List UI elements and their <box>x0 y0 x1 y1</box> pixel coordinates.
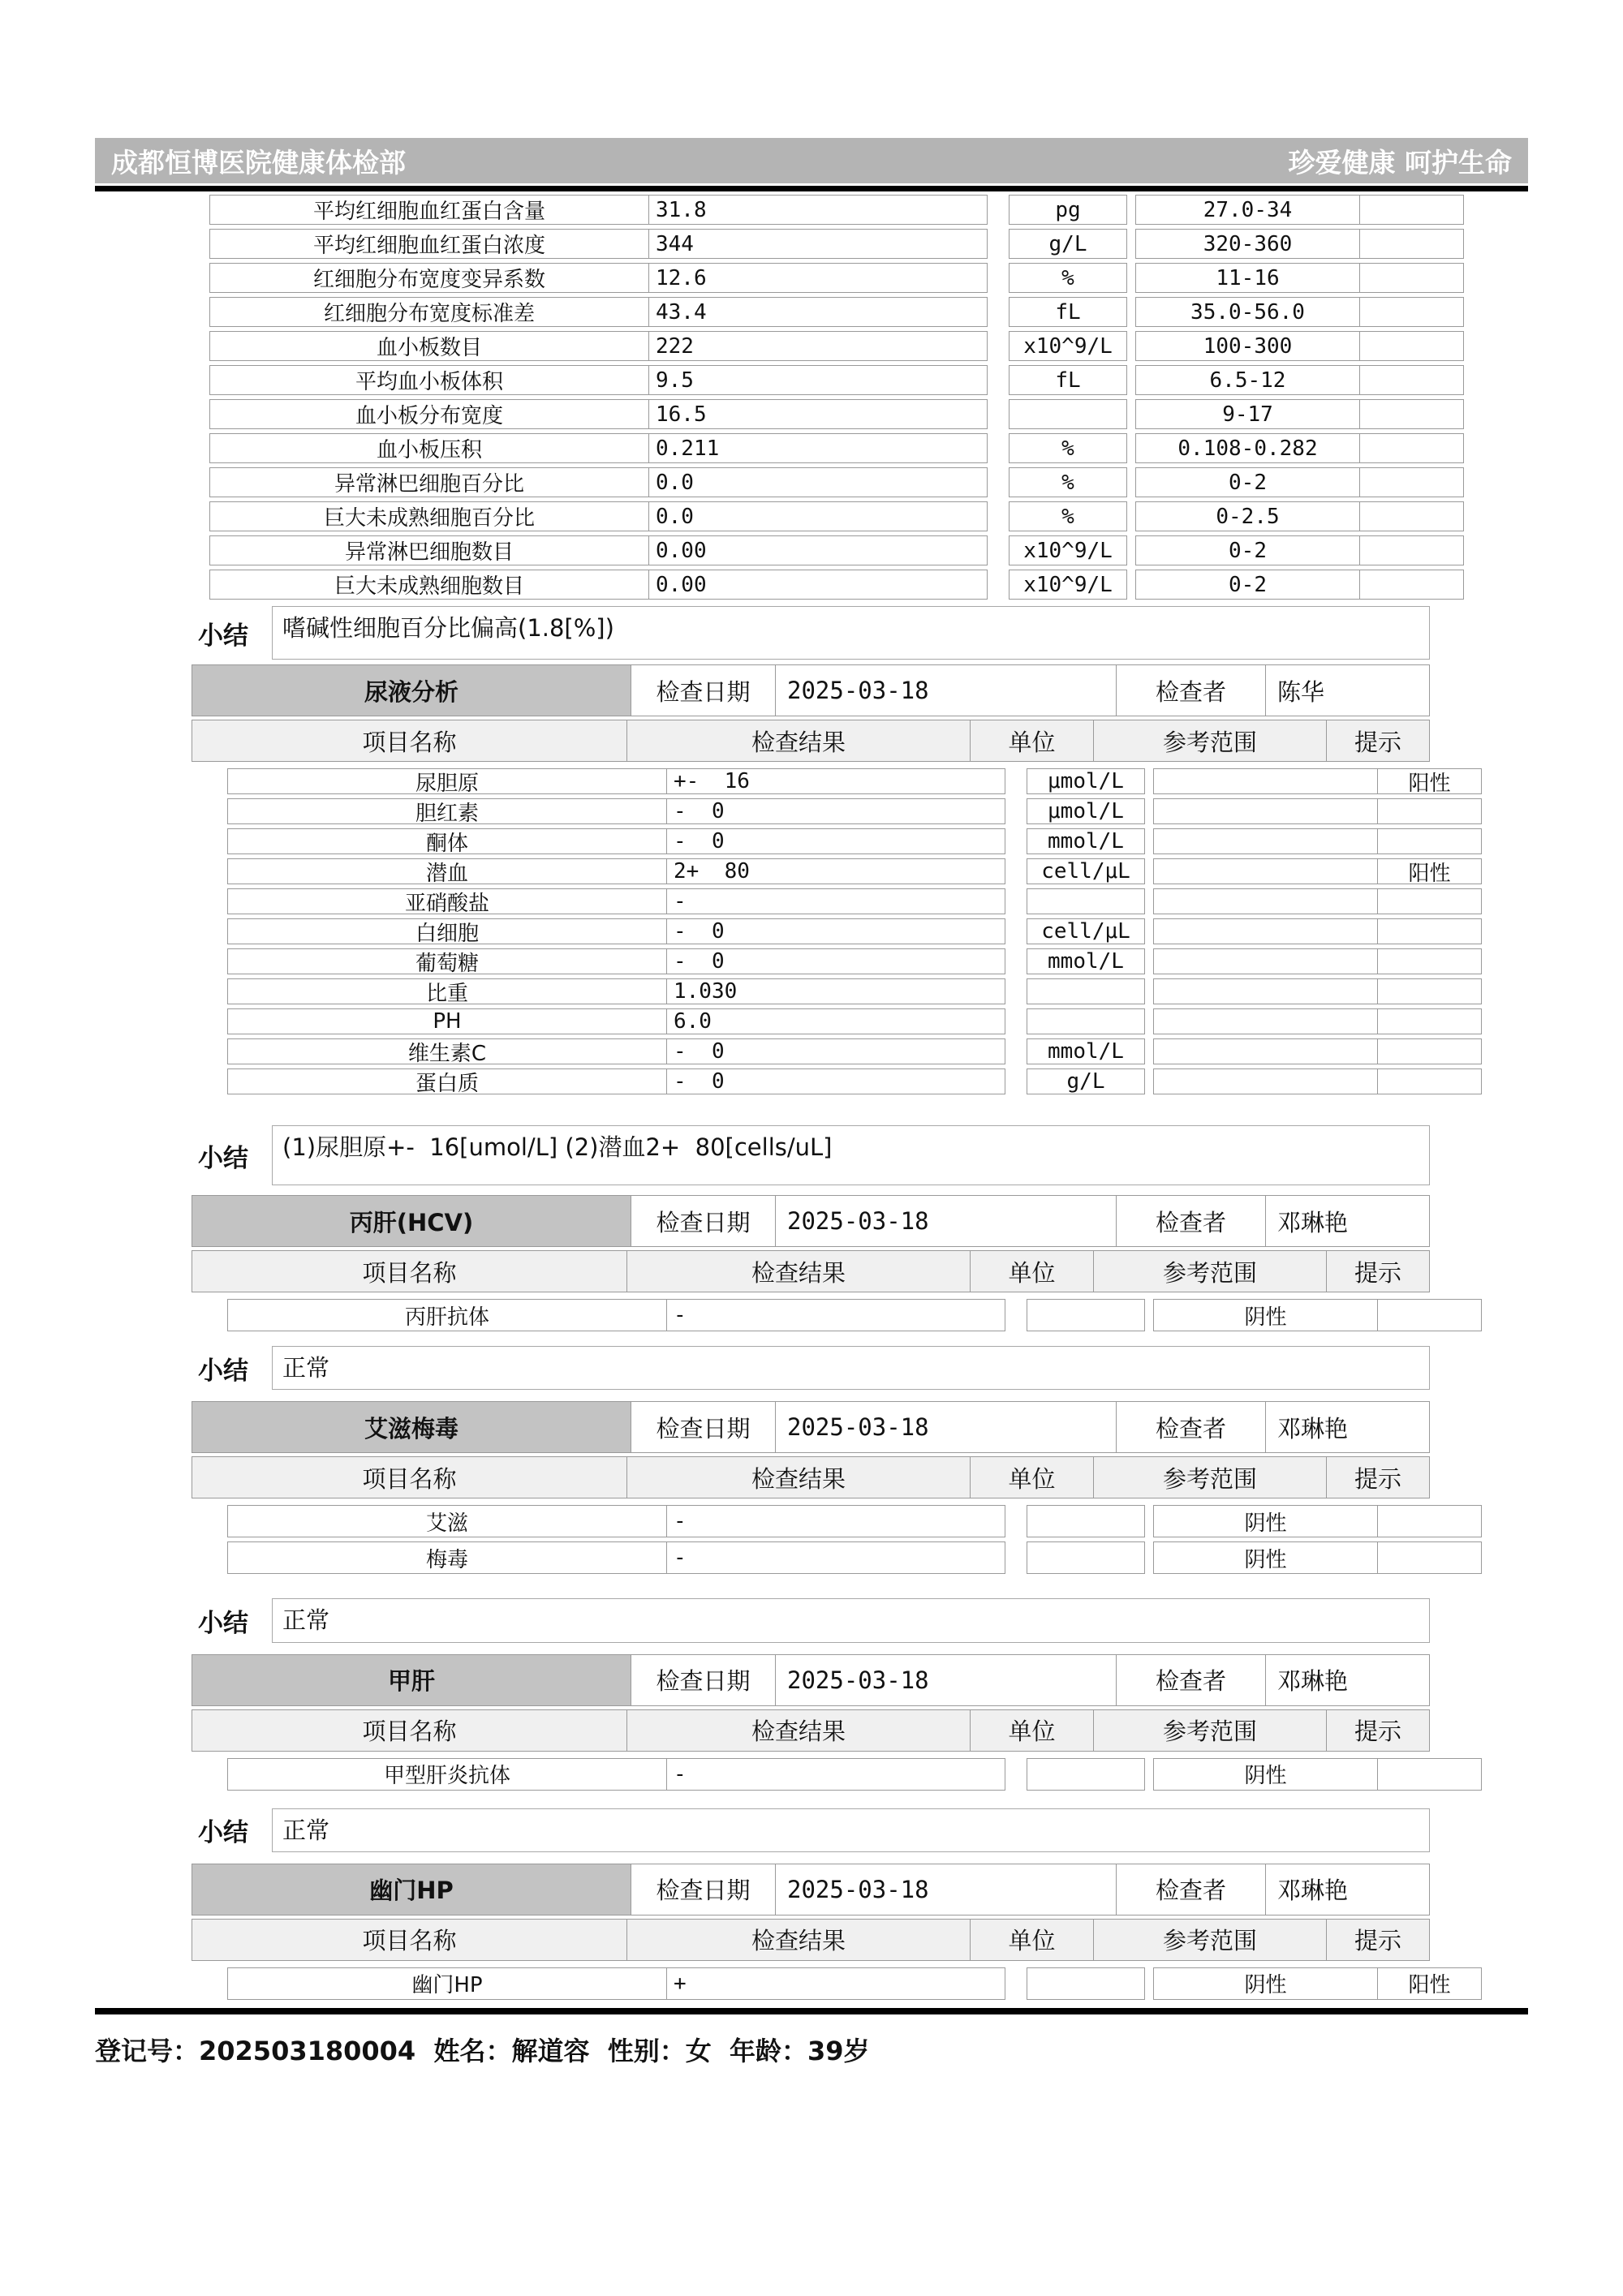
table-row: 幽门HP+阴性阳性 <box>227 1967 1623 2000</box>
hint-cell <box>1377 1008 1482 1034</box>
hint-cell <box>1377 1758 1482 1791</box>
item-name-cell: 平均血小板体积 <box>209 365 649 395</box>
item-name-cell: 血小板分布宽度 <box>209 399 649 429</box>
hospital-title: 成都恒博医院健康体检部 <box>111 142 406 180</box>
column-header: 检查结果 <box>626 720 971 762</box>
column-gap <box>1005 1541 1027 1574</box>
section-title: 尿液分析 <box>192 664 631 716</box>
range-cell: 0.108-0.282 <box>1135 433 1360 463</box>
range-cell: 320-360 <box>1135 229 1360 259</box>
range-cell <box>1153 1068 1378 1094</box>
examiner-label: 检查者 <box>1116 1864 1266 1915</box>
column-header: 检查结果 <box>626 1709 971 1752</box>
column-header: 单位 <box>970 1709 1094 1752</box>
unit-cell <box>1027 1758 1145 1791</box>
section-header-row: 艾滋梅毒检查日期2025-03-18检查者邓琳艳 <box>192 1401 1623 1453</box>
result-cell: 0.0 <box>648 467 988 497</box>
section-header-row: 幽门HP检查日期2025-03-18检查者邓琳艳 <box>192 1864 1623 1915</box>
hint-cell <box>1359 501 1464 531</box>
unit-cell: % <box>1009 263 1127 293</box>
column-gap <box>988 467 1009 497</box>
unit-cell: μmol/L <box>1027 798 1145 824</box>
result-cell: - <box>666 1505 1005 1537</box>
column-gap <box>1005 918 1027 944</box>
column-gap <box>1145 828 1153 854</box>
check-date-value: 2025-03-18 <box>775 1195 1117 1247</box>
examiner-label: 检查者 <box>1116 1195 1266 1247</box>
result-cell: 31.8 <box>648 195 988 225</box>
table-row: 红细胞分布宽度标准差43.4fL35.0-56.0 <box>209 297 1623 327</box>
examiner-label: 检查者 <box>1116 664 1266 716</box>
table-row: 平均血小板体积9.5fL6.5-12 <box>209 365 1623 395</box>
range-cell: 0-2 <box>1135 570 1360 600</box>
range-cell <box>1153 888 1378 914</box>
table-row: 维生素C- 0mmol/L <box>227 1038 1623 1064</box>
table-row: 潜血2+ 80cell/μL阳性 <box>227 858 1623 884</box>
section-data-table: 甲型肝炎抗体-阴性 <box>18 1758 1623 1791</box>
column-gap <box>1005 768 1027 794</box>
section-data-table: 艾滋-阴性梅毒-阴性 <box>18 1505 1623 1574</box>
range-cell: 27.0-34 <box>1135 195 1360 225</box>
table-row: 血小板数目222x10^9/L100-300 <box>209 331 1623 361</box>
range-cell <box>1153 978 1378 1004</box>
section-header-row: 丙肝(HCV)检查日期2025-03-18检查者邓琳艳 <box>192 1195 1623 1247</box>
column-header: 项目名称 <box>192 1250 627 1292</box>
top-header-bar: 成都恒博医院健康体检部 珍爱健康 呵护生命 <box>95 138 1528 183</box>
table-row: 巨大未成熟细胞百分比0.0%0-2.5 <box>209 501 1623 531</box>
unit-cell <box>1027 1541 1145 1574</box>
range-cell <box>1153 948 1378 974</box>
table-row: 葡萄糖- 0mmol/L <box>227 948 1623 974</box>
summary-label: 小结 <box>192 1125 272 1185</box>
column-header-row: 项目名称检查结果单位参考范围提示 <box>192 1250 1623 1292</box>
column-gap <box>988 570 1009 600</box>
report-section: 艾滋梅毒检查日期2025-03-18检查者邓琳艳项目名称检查结果单位参考范围提示… <box>0 1401 1623 1642</box>
range-cell: 阴性 <box>1153 1299 1378 1331</box>
column-gap <box>988 263 1009 293</box>
hint-cell <box>1377 828 1482 854</box>
examiner-label: 检查者 <box>1116 1654 1266 1706</box>
summary-box: 正常 <box>272 1346 1430 1390</box>
unit-cell <box>1027 888 1145 914</box>
hint-cell <box>1377 798 1482 824</box>
table-row: 白细胞- 0cell/μL <box>227 918 1623 944</box>
table-row: 蛋白质- 0g/L <box>227 1068 1623 1094</box>
column-header-row: 项目名称检查结果单位参考范围提示 <box>192 720 1623 762</box>
result-cell: + <box>666 1967 1005 2000</box>
unit-cell: x10^9/L <box>1009 535 1127 565</box>
header-divider <box>95 186 1528 191</box>
range-cell <box>1153 768 1378 794</box>
column-gap <box>1005 1967 1027 2000</box>
section-title: 艾滋梅毒 <box>192 1401 631 1453</box>
range-cell: 0-2 <box>1135 467 1360 497</box>
unit-cell: % <box>1009 433 1127 463</box>
column-gap <box>1127 297 1135 327</box>
result-cell: 0.211 <box>648 433 988 463</box>
item-name-cell: 蛋白质 <box>227 1068 667 1094</box>
column-gap <box>1145 918 1153 944</box>
column-gap <box>988 365 1009 395</box>
column-gap <box>1145 798 1153 824</box>
section-data-table: 幽门HP+阴性阳性 <box>18 1967 1623 2000</box>
unit-cell: mmol/L <box>1027 948 1145 974</box>
unit-cell: g/L <box>1027 1068 1145 1094</box>
item-name-cell: 异常淋巴细胞百分比 <box>209 467 649 497</box>
patient-info-footer: 登记号：202503180004 姓名：解道容 性别：女 年龄：39岁 <box>95 2031 1528 2068</box>
column-gap <box>1127 570 1135 600</box>
unit-cell <box>1027 978 1145 1004</box>
hint-cell: 阳性 <box>1377 768 1482 794</box>
item-name-cell: 红细胞分布宽度变异系数 <box>209 263 649 293</box>
table-row: 胆红素- 0μmol/L <box>227 798 1623 824</box>
report-section: 丙肝(HCV)检查日期2025-03-18检查者邓琳艳项目名称检查结果单位参考范… <box>0 1195 1623 1390</box>
unit-cell: pg <box>1009 195 1127 225</box>
result-cell: 43.4 <box>648 297 988 327</box>
column-gap <box>1145 1038 1153 1064</box>
item-name-cell: 巨大未成熟细胞数目 <box>209 570 649 600</box>
summary-box: 正常 <box>272 1598 1430 1642</box>
column-gap <box>1005 798 1027 824</box>
result-cell: - 0 <box>666 1068 1005 1094</box>
table-row: PH6.0 <box>227 1008 1623 1034</box>
hint-cell <box>1359 433 1464 463</box>
unit-cell <box>1027 1008 1145 1034</box>
range-cell: 阴性 <box>1153 1758 1378 1791</box>
column-header: 检查结果 <box>626 1456 971 1498</box>
item-name-cell: 葡萄糖 <box>227 948 667 974</box>
result-cell: - <box>666 1541 1005 1574</box>
result-cell: 9.5 <box>648 365 988 395</box>
column-header: 单位 <box>970 1456 1094 1498</box>
column-gap <box>1145 858 1153 884</box>
column-gap <box>1145 948 1153 974</box>
section-header-row: 甲肝检查日期2025-03-18检查者邓琳艳 <box>192 1654 1623 1706</box>
item-name-cell: 甲型肝炎抗体 <box>227 1758 667 1791</box>
result-cell: - 0 <box>666 948 1005 974</box>
item-name-cell: 胆红素 <box>227 798 667 824</box>
table-row: 丙肝抗体-阴性 <box>227 1299 1623 1331</box>
item-name-cell: 尿胆原 <box>227 768 667 794</box>
unit-cell: % <box>1009 467 1127 497</box>
range-cell: 0-2.5 <box>1135 501 1360 531</box>
column-gap <box>988 195 1009 225</box>
item-name-cell: PH <box>227 1008 667 1034</box>
item-name-cell: 平均红细胞血红蛋白含量 <box>209 195 649 225</box>
summary-label: 小结 <box>192 606 272 660</box>
range-cell: 9-17 <box>1135 399 1360 429</box>
item-name-cell: 潜血 <box>227 858 667 884</box>
item-name-cell: 异常淋巴细胞数目 <box>209 535 649 565</box>
column-header: 提示 <box>1326 1250 1430 1292</box>
column-header-row: 项目名称检查结果单位参考范围提示 <box>192 1709 1623 1752</box>
hint-cell <box>1359 467 1464 497</box>
column-header: 提示 <box>1326 1456 1430 1498</box>
column-gap <box>1127 433 1135 463</box>
check-date-label: 检查日期 <box>631 1195 776 1247</box>
unit-cell: fL <box>1009 297 1127 327</box>
section-header-row: 尿液分析检查日期2025-03-18检查者陈华 <box>192 664 1623 716</box>
table-row: 甲型肝炎抗体-阴性 <box>227 1758 1623 1791</box>
result-cell: - 0 <box>666 828 1005 854</box>
hint-cell <box>1377 948 1482 974</box>
table-row: 艾滋-阴性 <box>227 1505 1623 1537</box>
section-title: 甲肝 <box>192 1654 631 1706</box>
column-gap <box>1005 1505 1027 1537</box>
item-name-cell: 比重 <box>227 978 667 1004</box>
column-header: 提示 <box>1326 1919 1430 1961</box>
item-name-cell: 艾滋 <box>227 1505 667 1537</box>
summary-label: 小结 <box>192 1598 272 1642</box>
column-gap <box>1145 1967 1153 2000</box>
range-cell: 35.0-56.0 <box>1135 297 1360 327</box>
range-cell: 阴性 <box>1153 1967 1378 2000</box>
examiner-name: 邓琳艳 <box>1265 1654 1430 1706</box>
column-gap <box>1005 888 1027 914</box>
table-row: 尿胆原+- 16μmol/L阳性 <box>227 768 1623 794</box>
summary-row: 小结正常 <box>192 1598 1623 1642</box>
result-cell: 0.0 <box>648 501 988 531</box>
column-gap <box>1005 828 1027 854</box>
result-cell: - <box>666 1758 1005 1791</box>
column-gap <box>1127 195 1135 225</box>
unit-cell: mmol/L <box>1027 828 1145 854</box>
table-row: 平均红细胞血红蛋白浓度344g/L320-360 <box>209 229 1623 259</box>
column-gap <box>1145 1505 1153 1537</box>
range-cell <box>1153 918 1378 944</box>
column-gap <box>988 331 1009 361</box>
hint-cell <box>1359 535 1464 565</box>
summary-row: 小结嗜碱性细胞百分比偏高(1.8[%]) <box>192 606 1623 660</box>
check-date-label: 检查日期 <box>631 664 776 716</box>
table-row: 血小板分布宽度16.59-17 <box>209 399 1623 429</box>
result-cell: 222 <box>648 331 988 361</box>
result-cell: 2+ 80 <box>666 858 1005 884</box>
section-title: 丙肝(HCV) <box>192 1195 631 1247</box>
report-section: 幽门HP检查日期2025-03-18检查者邓琳艳项目名称检查结果单位参考范围提示… <box>0 1864 1623 2000</box>
column-header: 单位 <box>970 720 1094 762</box>
table-row: 巨大未成熟细胞数目0.00x10^9/L0-2 <box>209 570 1623 600</box>
column-gap <box>1127 229 1135 259</box>
item-name-cell: 红细胞分布宽度标准差 <box>209 297 649 327</box>
item-name-cell: 巨大未成熟细胞百分比 <box>209 501 649 531</box>
check-date-label: 检查日期 <box>631 1401 776 1453</box>
range-cell <box>1153 798 1378 824</box>
section-data-table: 尿胆原+- 16μmol/L阳性胆红素- 0μmol/L酮体- 0mmol/L潜… <box>18 768 1623 1094</box>
unit-cell: x10^9/L <box>1009 570 1127 600</box>
summary-label: 小结 <box>192 1808 272 1852</box>
column-gap <box>1005 1038 1027 1064</box>
unit-cell: cell/μL <box>1027 858 1145 884</box>
column-header: 检查结果 <box>626 1919 971 1961</box>
examiner-label: 检查者 <box>1116 1401 1266 1453</box>
examiner-name: 陈华 <box>1265 664 1430 716</box>
result-cell: 6.0 <box>666 1008 1005 1034</box>
column-header: 项目名称 <box>192 1456 627 1498</box>
section-title: 幽门HP <box>192 1864 631 1915</box>
column-gap <box>988 433 1009 463</box>
result-cell: 344 <box>648 229 988 259</box>
summary-row: 小结正常 <box>192 1808 1623 1852</box>
table-row: 比重1.030 <box>227 978 1623 1004</box>
column-gap <box>988 399 1009 429</box>
column-gap <box>988 297 1009 327</box>
check-date-label: 检查日期 <box>631 1864 776 1915</box>
unit-cell: fL <box>1009 365 1127 395</box>
column-gap <box>1005 858 1027 884</box>
unit-cell <box>1027 1505 1145 1537</box>
table-row: 亚硝酸盐- <box>227 888 1623 914</box>
summary-row: 小结正常 <box>192 1346 1623 1390</box>
range-cell: 11-16 <box>1135 263 1360 293</box>
hint-cell <box>1377 1038 1482 1064</box>
column-header: 参考范围 <box>1093 1709 1327 1752</box>
range-cell: 100-300 <box>1135 331 1360 361</box>
column-header: 参考范围 <box>1093 1456 1327 1498</box>
table-row: 异常淋巴细胞数目0.00x10^9/L0-2 <box>209 535 1623 565</box>
column-header: 项目名称 <box>192 1919 627 1961</box>
range-cell: 阴性 <box>1153 1505 1378 1537</box>
hint-cell: 阳性 <box>1377 858 1482 884</box>
summary-label: 小结 <box>192 1346 272 1390</box>
column-gap <box>1145 1068 1153 1094</box>
item-name-cell: 白细胞 <box>227 918 667 944</box>
hint-cell: 阳性 <box>1377 1967 1482 2000</box>
column-gap <box>1145 1299 1153 1331</box>
column-gap <box>988 229 1009 259</box>
unit-cell: mmol/L <box>1027 1038 1145 1064</box>
range-cell <box>1153 828 1378 854</box>
column-header: 项目名称 <box>192 1709 627 1752</box>
report-section: 甲肝检查日期2025-03-18检查者邓琳艳项目名称检查结果单位参考范围提示甲型… <box>0 1654 1623 1852</box>
result-cell: 16.5 <box>648 399 988 429</box>
hospital-slogan: 珍爱健康 呵护生命 <box>1289 142 1513 180</box>
column-gap <box>1127 535 1135 565</box>
hint-cell <box>1377 1068 1482 1094</box>
table-row: 红细胞分布宽度变异系数12.6%11-16 <box>209 263 1623 293</box>
column-gap <box>988 535 1009 565</box>
column-gap <box>1145 888 1153 914</box>
item-name-cell: 血小板压积 <box>209 433 649 463</box>
section-data-table: 丙肝抗体-阴性 <box>18 1299 1623 1331</box>
hint-cell <box>1377 1505 1482 1537</box>
column-gap <box>1127 365 1135 395</box>
result-cell: 12.6 <box>648 263 988 293</box>
hint-cell <box>1359 297 1464 327</box>
range-cell <box>1153 1038 1378 1064</box>
table-row: 酮体- 0mmol/L <box>227 828 1623 854</box>
column-gap <box>1005 1299 1027 1331</box>
unit-cell <box>1027 1299 1145 1331</box>
column-gap <box>1127 399 1135 429</box>
result-cell: - 0 <box>666 918 1005 944</box>
column-gap <box>1005 1758 1027 1791</box>
table-row: 平均红细胞血红蛋白含量31.8pg27.0-34 <box>209 195 1623 225</box>
column-gap <box>1127 263 1135 293</box>
hint-cell <box>1377 1299 1482 1331</box>
summary-box: 正常 <box>272 1808 1430 1852</box>
table-row: 异常淋巴细胞百分比0.0%0-2 <box>209 467 1623 497</box>
hint-cell <box>1359 195 1464 225</box>
report-section: 尿液分析检查日期2025-03-18检查者陈华项目名称检查结果单位参考范围提示尿… <box>0 664 1623 1185</box>
column-gap <box>1145 978 1153 1004</box>
column-header: 提示 <box>1326 720 1430 762</box>
report-content: 平均红细胞血红蛋白含量31.8pg27.0-34平均红细胞血红蛋白浓度344g/… <box>0 195 1623 2000</box>
hint-cell <box>1359 229 1464 259</box>
examiner-name: 邓琳艳 <box>1265 1195 1430 1247</box>
result-cell: +- 16 <box>666 768 1005 794</box>
summary-row: 小结(1)尿胆原+- 16[umol/L] (2)潜血2+ 80[cells/u… <box>192 1125 1623 1185</box>
column-gap <box>1005 948 1027 974</box>
column-header: 参考范围 <box>1093 1250 1327 1292</box>
item-name-cell: 维生素C <box>227 1038 667 1064</box>
unit-cell: g/L <box>1009 229 1127 259</box>
column-header: 项目名称 <box>192 720 627 762</box>
hint-cell <box>1359 365 1464 395</box>
column-gap <box>1005 978 1027 1004</box>
column-gap <box>1005 1008 1027 1034</box>
range-cell <box>1153 858 1378 884</box>
footer-divider <box>95 2008 1528 2014</box>
column-header-row: 项目名称检查结果单位参考范围提示 <box>192 1456 1623 1498</box>
unit-cell: x10^9/L <box>1009 331 1127 361</box>
unit-cell: cell/μL <box>1027 918 1145 944</box>
column-gap <box>1145 768 1153 794</box>
hint-cell <box>1359 399 1464 429</box>
check-date-label: 检查日期 <box>631 1654 776 1706</box>
check-date-value: 2025-03-18 <box>775 1864 1117 1915</box>
column-gap <box>1127 467 1135 497</box>
summary-box: (1)尿胆原+- 16[umol/L] (2)潜血2+ 80[cells/uL] <box>272 1125 1430 1185</box>
column-gap <box>1127 501 1135 531</box>
unit-cell: μmol/L <box>1027 768 1145 794</box>
hint-cell <box>1377 978 1482 1004</box>
range-cell: 6.5-12 <box>1135 365 1360 395</box>
result-cell: 1.030 <box>666 978 1005 1004</box>
column-header: 参考范围 <box>1093 720 1327 762</box>
result-cell: - <box>666 1299 1005 1331</box>
item-name-cell: 平均红细胞血红蛋白浓度 <box>209 229 649 259</box>
item-name-cell: 酮体 <box>227 828 667 854</box>
column-header: 单位 <box>970 1250 1094 1292</box>
column-header: 参考范围 <box>1093 1919 1327 1961</box>
result-cell: 0.00 <box>648 535 988 565</box>
range-cell: 阴性 <box>1153 1541 1378 1574</box>
check-date-value: 2025-03-18 <box>775 664 1117 716</box>
item-name-cell: 梅毒 <box>227 1541 667 1574</box>
hint-cell <box>1359 570 1464 600</box>
table-row: 血小板压积0.211%0.108-0.282 <box>209 433 1623 463</box>
examiner-name: 邓琳艳 <box>1265 1864 1430 1915</box>
hint-cell <box>1377 918 1482 944</box>
column-header: 检查结果 <box>626 1250 971 1292</box>
result-cell: 0.00 <box>648 570 988 600</box>
result-cell: - 0 <box>666 1038 1005 1064</box>
column-gap <box>1145 1758 1153 1791</box>
check-date-value: 2025-03-18 <box>775 1654 1117 1706</box>
column-gap <box>1145 1008 1153 1034</box>
hint-cell <box>1377 888 1482 914</box>
unit-cell <box>1009 399 1127 429</box>
unit-cell: % <box>1009 501 1127 531</box>
result-cell: - <box>666 888 1005 914</box>
item-name-cell: 亚硝酸盐 <box>227 888 667 914</box>
item-name-cell: 幽门HP <box>227 1967 667 2000</box>
column-header: 单位 <box>970 1919 1094 1961</box>
column-gap <box>1005 1068 1027 1094</box>
hint-cell <box>1377 1541 1482 1574</box>
column-gap <box>1145 1541 1153 1574</box>
